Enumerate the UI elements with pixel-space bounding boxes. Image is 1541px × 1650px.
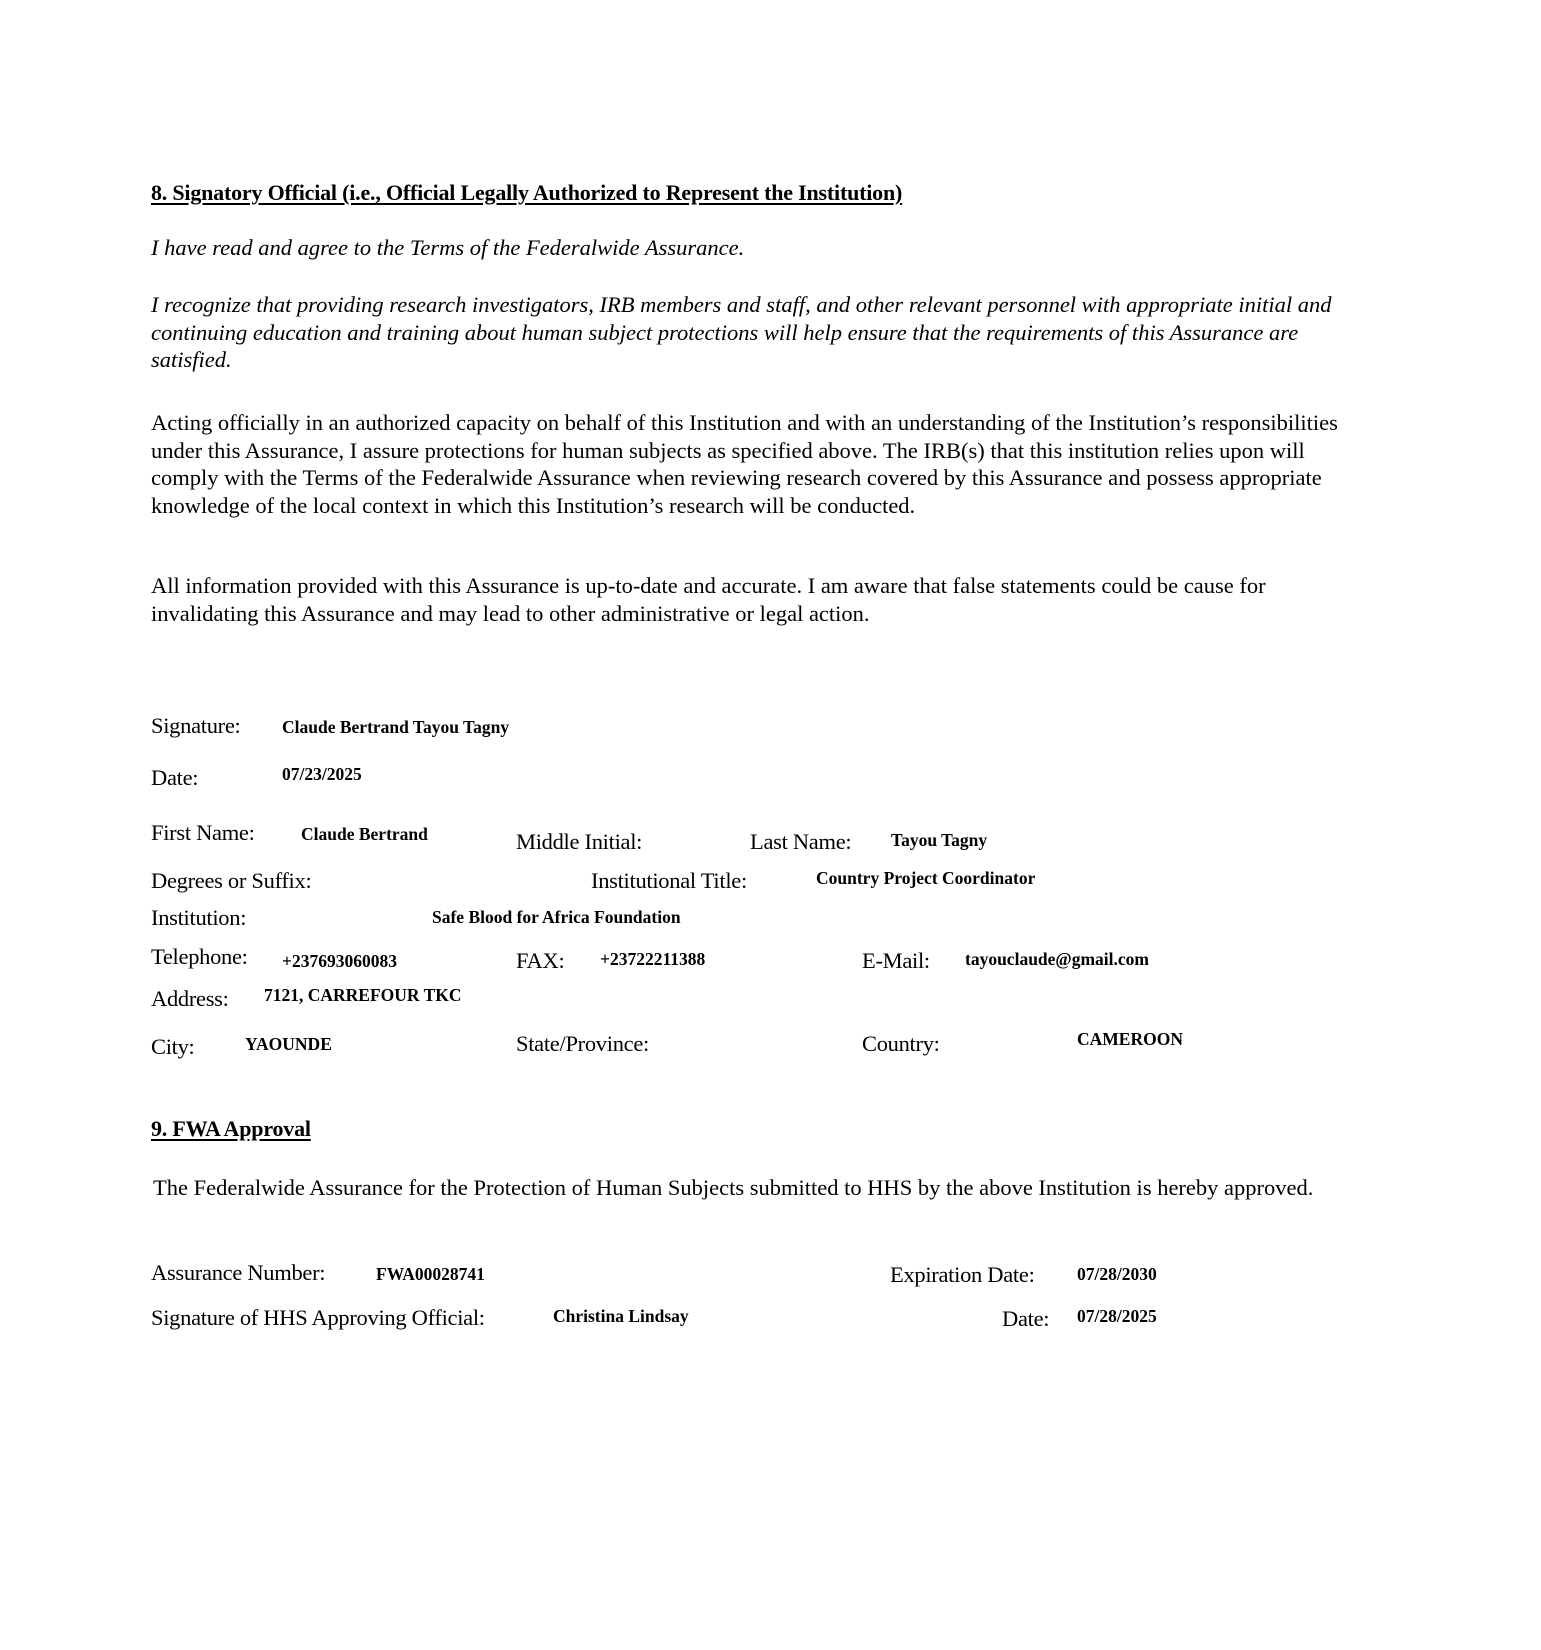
middle-initial-label: Middle Initial:	[516, 829, 642, 855]
first-name-label: First Name:	[151, 820, 255, 846]
expiration-date-value: 07/28/2030	[1077, 1264, 1157, 1285]
accuracy-statement: All information provided with this Assur…	[151, 572, 1361, 627]
date-label: Date:	[151, 765, 198, 791]
country-label: Country:	[862, 1031, 940, 1057]
city-value: YAOUNDE	[245, 1034, 332, 1055]
institution-value: Safe Blood for Africa Foundation	[432, 907, 681, 928]
approval-statement: The Federalwide Assurance for the Protec…	[153, 1174, 1363, 1202]
approval-date-label: Date:	[1002, 1306, 1049, 1332]
approval-date-value: 07/28/2025	[1077, 1306, 1157, 1327]
institutional-title-label: Institutional Title:	[591, 868, 747, 894]
country-value: CAMEROON	[1077, 1029, 1183, 1050]
assurance-number-value: FWA00028741	[376, 1264, 485, 1285]
telephone-label: Telephone:	[151, 944, 248, 970]
telephone-value: +237693060083	[282, 951, 397, 972]
education-statement: I recognize that providing research inve…	[151, 291, 1361, 374]
institutional-title-value: Country Project Coordinator	[816, 868, 1035, 889]
approving-official-value: Christina Lindsay	[553, 1306, 689, 1327]
assurance-number-label: Assurance Number:	[151, 1260, 325, 1286]
fax-label: FAX:	[516, 948, 564, 974]
degrees-label: Degrees or Suffix:	[151, 868, 311, 894]
email-label: E-Mail:	[862, 948, 930, 974]
email-value: tayouclaude@gmail.com	[965, 949, 1149, 970]
institution-label: Institution:	[151, 905, 246, 931]
signature-value: Claude Bertrand Tayou Tagny	[282, 717, 509, 738]
section-9-heading: 9. FWA Approval	[151, 1116, 311, 1142]
date-value: 07/23/2025	[282, 764, 362, 785]
expiration-date-label: Expiration Date:	[890, 1262, 1035, 1288]
last-name-label: Last Name:	[750, 829, 851, 855]
approving-official-label: Signature of HHS Approving Official:	[151, 1305, 485, 1331]
first-name-value: Claude Bertrand	[301, 824, 428, 845]
last-name-value: Tayou Tagny	[891, 830, 987, 851]
state-province-label: State/Province:	[516, 1031, 649, 1057]
signature-label: Signature:	[151, 713, 240, 739]
section-8-heading: 8. Signatory Official (i.e., Official Le…	[151, 180, 902, 206]
terms-agreement-statement: I have read and agree to the Terms of th…	[151, 234, 1361, 262]
address-value: 7121, CARREFOUR TKC	[264, 985, 462, 1006]
authorization-statement: Acting officially in an authorized capac…	[151, 409, 1361, 519]
city-label: City:	[151, 1034, 195, 1060]
address-label: Address:	[151, 986, 229, 1012]
fax-value: +23722211388	[600, 949, 705, 970]
